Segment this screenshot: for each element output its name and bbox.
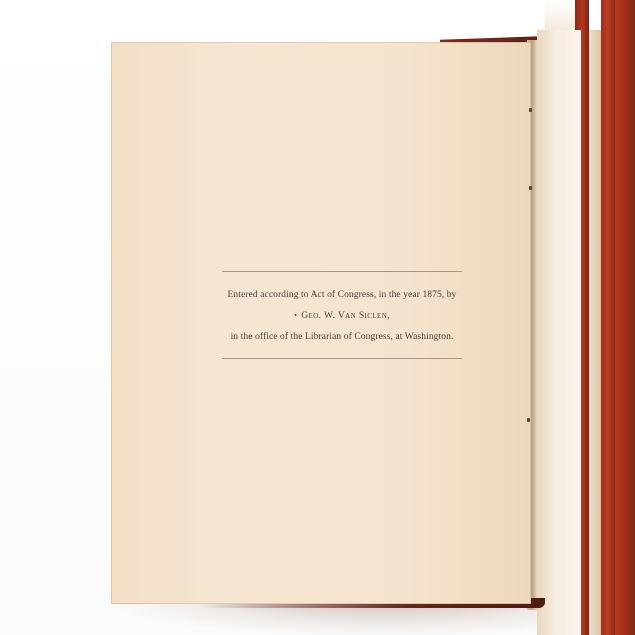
binding-thread-mark bbox=[527, 418, 530, 422]
binding-thread-mark bbox=[529, 108, 532, 112]
copyright-line-author: •Geo. W. Van Siclen, bbox=[222, 311, 462, 321]
author-name: Geo. W. Van Siclen, bbox=[301, 311, 390, 321]
bottom-rule bbox=[222, 358, 462, 359]
page-edge-cream bbox=[589, 0, 601, 635]
binding-thread-mark bbox=[529, 186, 532, 190]
page-edge-red-3 bbox=[615, 0, 635, 635]
page-edge-red-2 bbox=[601, 0, 615, 635]
copyright-line-entered: Entered according to Act of Congress, in… bbox=[222, 290, 462, 300]
page-edge-gap bbox=[589, 0, 601, 30]
top-rule bbox=[222, 271, 462, 272]
copyright-line-office: in the office of the Librarian of Congre… bbox=[222, 332, 462, 342]
right-flyleaf bbox=[537, 30, 581, 635]
copyright-page bbox=[111, 42, 531, 604]
bullet-mark: • bbox=[294, 311, 297, 320]
